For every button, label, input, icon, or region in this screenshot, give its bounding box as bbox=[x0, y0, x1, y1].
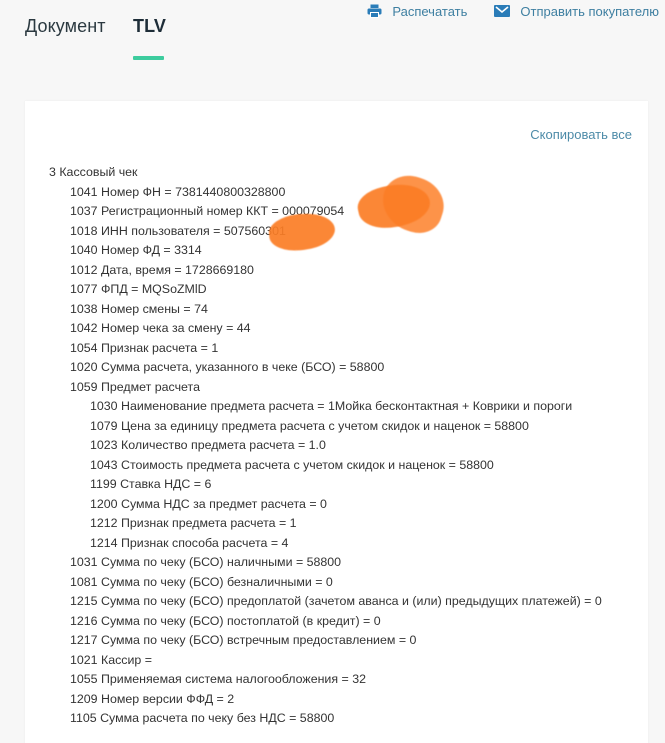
tlv-line: 1212 Признак предмета расчета = 1 bbox=[49, 514, 602, 534]
send-label: Отправить покупателю bbox=[520, 4, 659, 19]
tlv-line: 1214 Признак способа расчета = 4 bbox=[49, 534, 602, 554]
active-tab-indicator bbox=[133, 56, 164, 60]
tlv-line: 1055 Применяемая система налогообложения… bbox=[49, 670, 602, 690]
printer-icon bbox=[367, 4, 382, 18]
tlv-line: 1054 Признак расчета = 1 bbox=[49, 339, 602, 359]
tlv-line: 1031 Сумма по чеку (БСО) наличными = 588… bbox=[49, 553, 602, 573]
tlv-line: 1209 Номер версии ФФД = 2 bbox=[49, 690, 602, 710]
tlv-line: 1059 Предмет расчета bbox=[49, 378, 602, 398]
envelope-icon bbox=[494, 5, 510, 17]
tab-tlv[interactable]: TLV bbox=[133, 16, 166, 37]
tlv-line: 1041 Номер ФН = 7381440800328800 bbox=[49, 183, 602, 203]
tlv-line: 1012 Дата, время = 1728669180 bbox=[49, 261, 602, 281]
tlv-line: 1030 Наименование предмета расчета = 1Мо… bbox=[49, 397, 602, 417]
print-button[interactable]: Распечатать bbox=[367, 4, 467, 19]
tlv-panel: Скопировать все 3 Кассовый чек1041 Номер… bbox=[25, 101, 648, 743]
tlv-line: 1023 Количество предмета расчета = 1.0 bbox=[49, 436, 602, 456]
tlv-line: 1040 Номер ФД = 3314 bbox=[49, 241, 602, 261]
send-to-customer-button[interactable]: Отправить покупателю bbox=[494, 4, 659, 19]
tlv-line: 3 Кассовый чек bbox=[49, 163, 602, 183]
toolbar-actions: Распечатать Отправить покупателю bbox=[340, 0, 659, 22]
tlv-line: 1199 Ставка НДС = 6 bbox=[49, 475, 602, 495]
tlv-line: 1217 Сумма по чеку (БСО) встречным предо… bbox=[49, 631, 602, 651]
tlv-line: 1079 Цена за единицу предмета расчета с … bbox=[49, 417, 602, 437]
tlv-line: 1077 ФПД = MQSoZMlD bbox=[49, 280, 602, 300]
tlv-line: 1105 Сумма расчета по чеку без НДС = 588… bbox=[49, 709, 602, 729]
tlv-line: 1021 Кассир = bbox=[49, 651, 602, 671]
tlv-line: 1215 Сумма по чеку (БСО) предоплатой (за… bbox=[49, 592, 602, 612]
tlv-line: 1038 Номер смены = 74 bbox=[49, 300, 602, 320]
tlv-line: 1042 Номер чека за смену = 44 bbox=[49, 319, 602, 339]
tlv-line: 1216 Сумма по чеку (БСО) постоплатой (в … bbox=[49, 612, 602, 632]
tlv-line: 1043 Стоимость предмета расчета с учетом… bbox=[49, 456, 602, 476]
print-label: Распечатать bbox=[392, 4, 467, 19]
copy-all-link[interactable]: Скопировать все bbox=[530, 127, 632, 142]
tlv-line: 1200 Сумма НДС за предмет расчета = 0 bbox=[49, 495, 602, 515]
tab-document[interactable]: Документ bbox=[25, 16, 106, 37]
tab-bar: Документ TLV Распечатать Отправить покуп… bbox=[0, 0, 665, 100]
tlv-tree: 3 Кассовый чек1041 Номер ФН = 7381440800… bbox=[49, 163, 602, 729]
tlv-line: 1020 Сумма расчета, указанного в чеке (Б… bbox=[49, 358, 602, 378]
tlv-line: 1081 Сумма по чеку (БСО) безналичными = … bbox=[49, 573, 602, 593]
